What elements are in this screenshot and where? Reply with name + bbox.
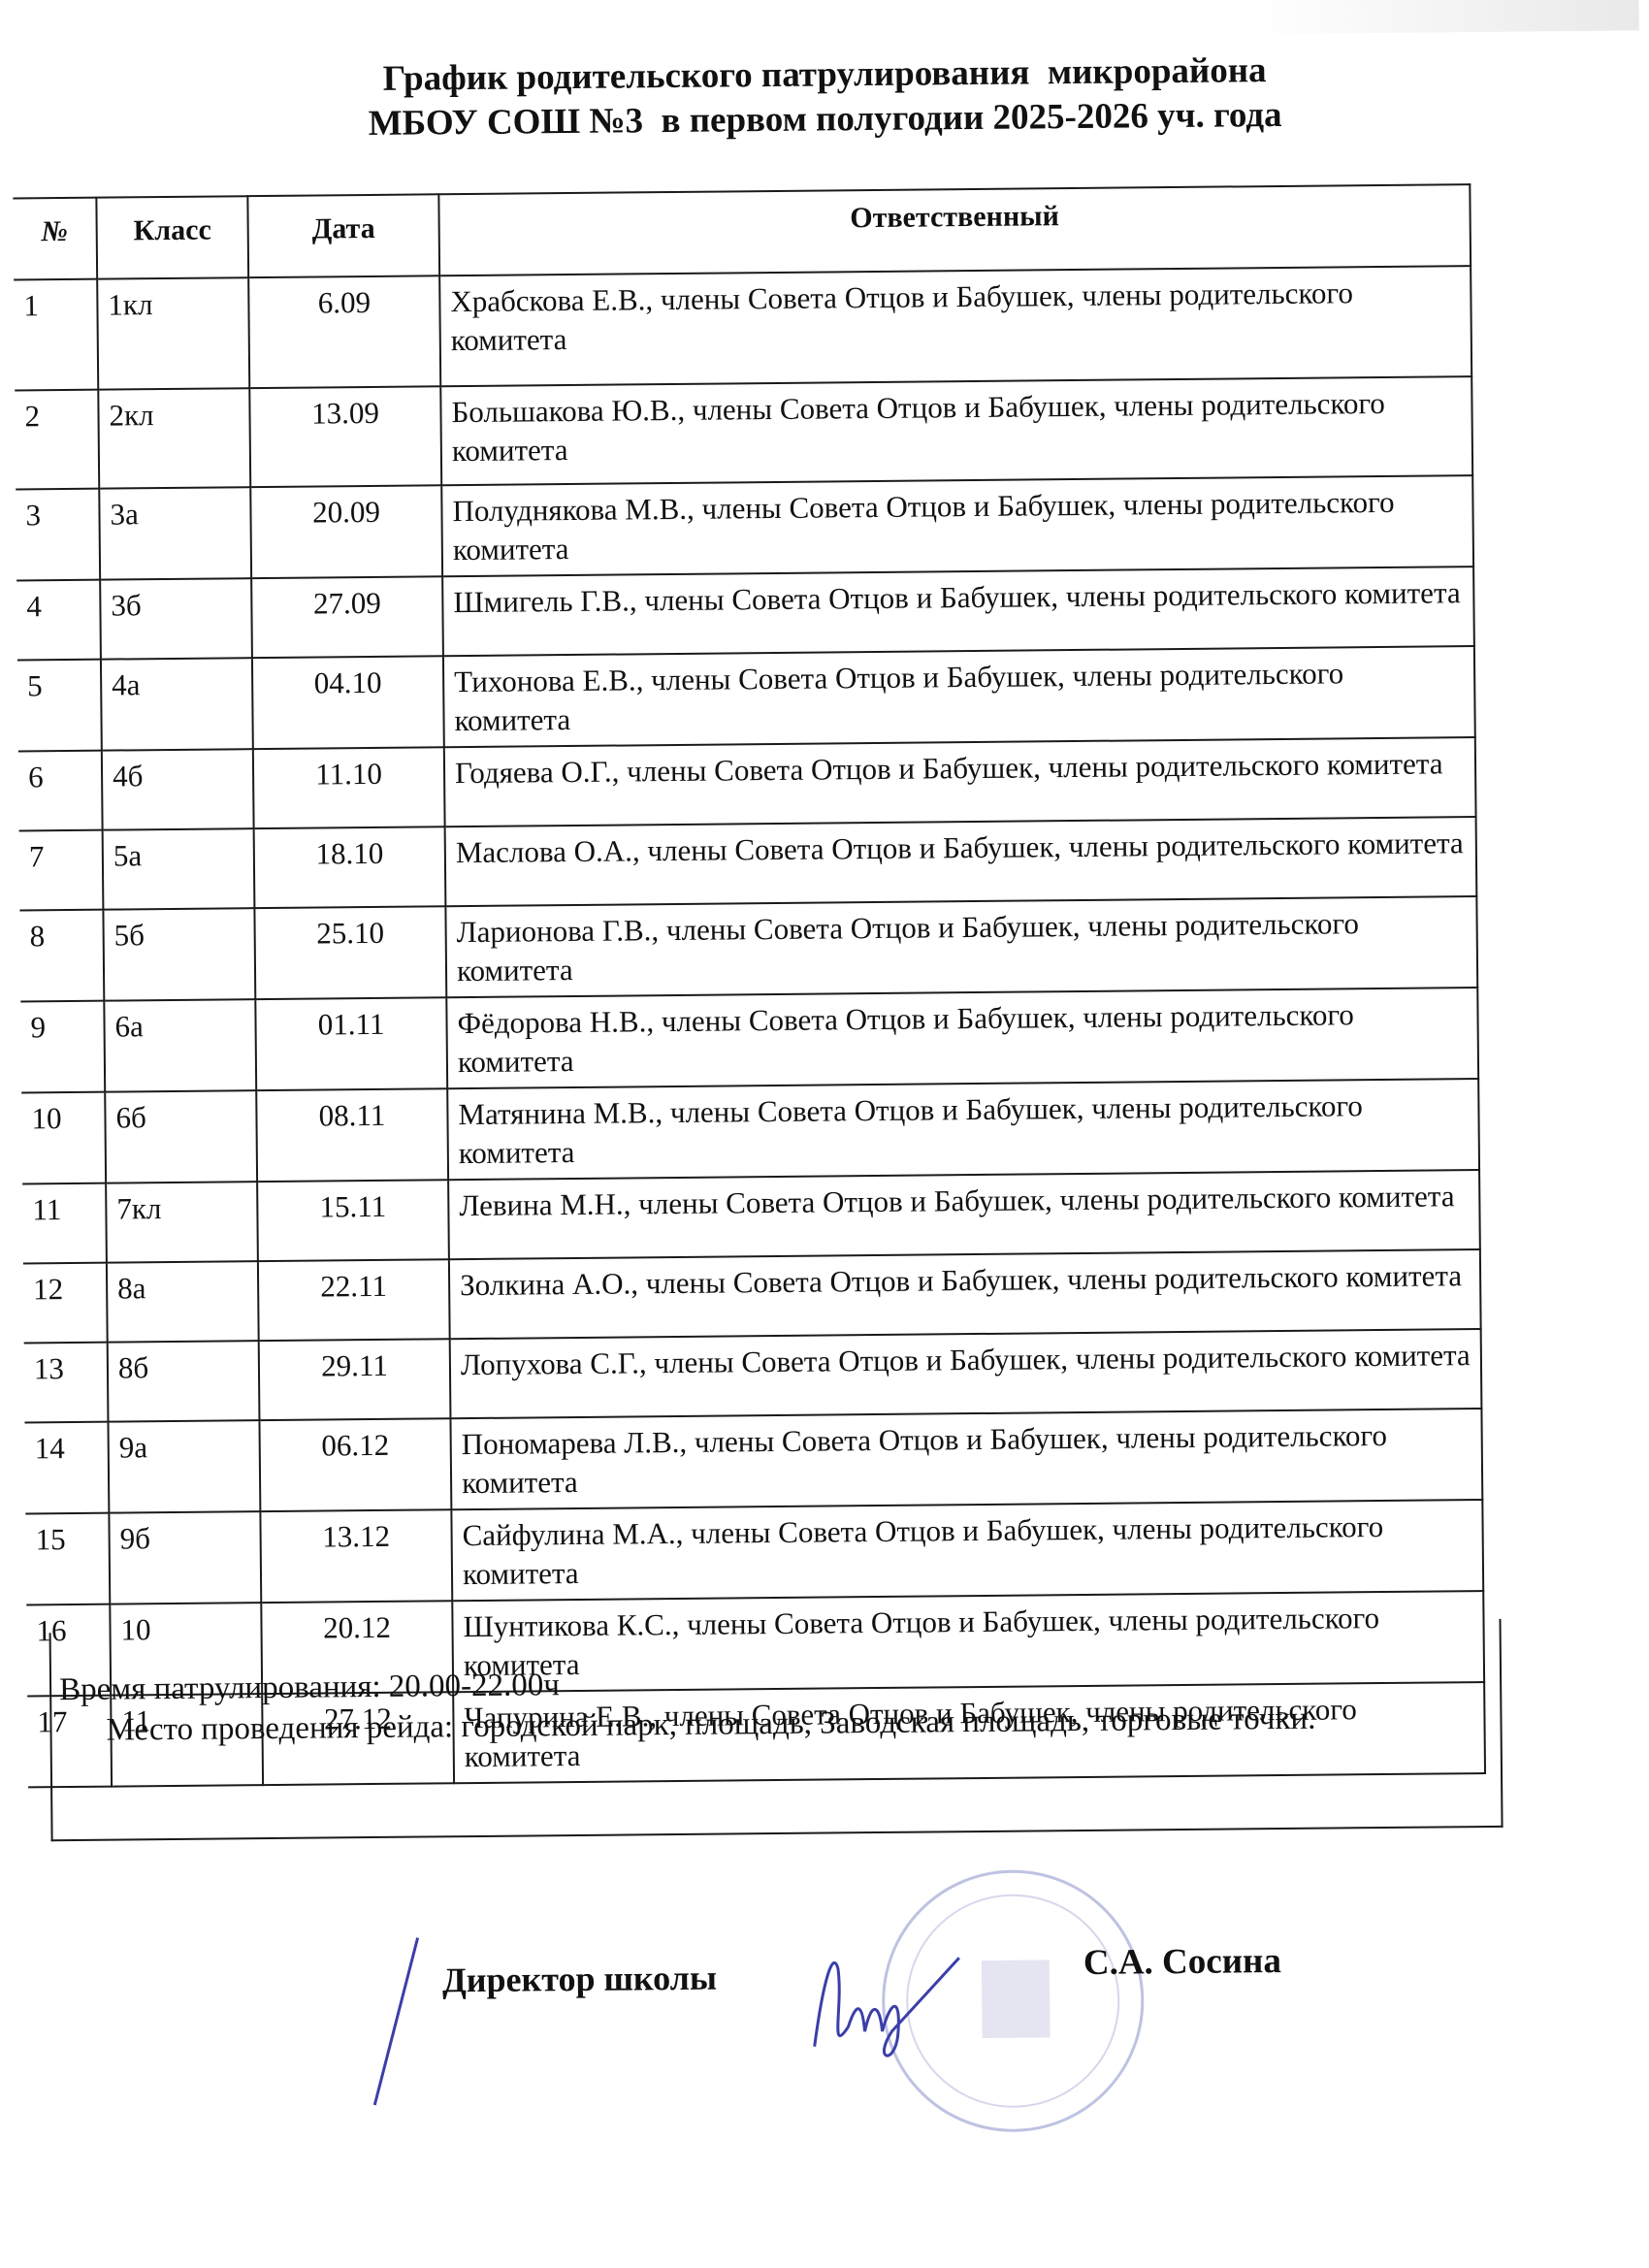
row-number: 6 [18, 751, 103, 831]
row-date: 06.12 [259, 1418, 451, 1511]
table-row: 128а22.11Золкина А.О., члены Совета Отцо… [23, 1249, 1481, 1343]
table-row: 138б29.11Лопухова С.Г., члены Совета Отц… [24, 1329, 1482, 1422]
row-responsible: Маслова О.А., члены Совета Отцов и Бабуш… [445, 817, 1477, 906]
table-row: 96а01.11Фёдорова Н.В., члены Совета Отцо… [20, 988, 1478, 1092]
row-date: 01.11 [255, 997, 447, 1090]
row-class: 5а [103, 828, 255, 909]
table-header-row: № Класс Дата Ответственный [13, 184, 1471, 279]
row-number: 14 [24, 1422, 109, 1514]
row-class: 8а [107, 1261, 259, 1342]
row-number: 13 [24, 1343, 109, 1423]
header-date: Дата [247, 194, 439, 277]
row-date: 13.12 [260, 1509, 452, 1603]
row-number: 15 [25, 1513, 110, 1605]
header-number: № [13, 198, 97, 280]
patrol-schedule-table: № Класс Дата Ответственный 11кл6.09Храбс… [13, 183, 1486, 1788]
row-date: 27.09 [251, 576, 443, 658]
title-line-2: МБОУ СОШ №3 в первом полугодии 2025-2026… [281, 92, 1368, 147]
row-responsible: Матянина М.В., члены Совета Отцов и Бабу… [447, 1079, 1479, 1180]
row-date: 04.10 [252, 656, 444, 749]
row-number: 5 [17, 660, 102, 752]
table-row: 117кл15.11Левина М.Н., члены Совета Отцо… [22, 1170, 1480, 1263]
row-responsible: Шмигель Г.В., члены Совета Отцов и Бабуш… [442, 567, 1474, 656]
row-number: 2 [15, 390, 99, 490]
table-body: 11кл6.09Храбскова Е.В., члены Совета Отц… [14, 266, 1485, 1787]
row-responsible: Пономарева Л.В., члены Совета Отцов и Ба… [450, 1409, 1482, 1509]
row-responsible: Сайфулина М.А., члены Совета Отцов и Баб… [451, 1500, 1483, 1601]
row-class: 7кл [106, 1182, 258, 1262]
row-date: 6.09 [248, 275, 440, 388]
document-title: График родительского патрулирования микр… [281, 48, 1369, 147]
row-date: 18.10 [254, 826, 446, 908]
row-date: 22.11 [258, 1259, 450, 1341]
row-responsible: Левина М.Н., члены Совета Отцов и Бабуше… [448, 1170, 1480, 1259]
row-date: 13.09 [249, 386, 441, 487]
row-date: 25.10 [254, 906, 446, 999]
row-number: 4 [16, 580, 101, 661]
row-responsible: Ларионова Г.В., члены Совета Отцов и Баб… [445, 896, 1477, 997]
document-page: График родительского патрулирования микр… [0, 0, 1649, 2268]
row-responsible: Полуднякова М.В., члены Совета Отцов и Б… [441, 475, 1473, 576]
row-date: 15.11 [257, 1180, 449, 1261]
row-class: 2кл [98, 388, 250, 488]
director-role: Директор школы [442, 1958, 717, 2001]
row-number: 1 [14, 279, 98, 391]
table-row: 159б13.12Сайфулина М.А., члены Совета От… [25, 1500, 1483, 1604]
table-row: 54а04.10Тихонова Е.В., члены Совета Отцо… [17, 646, 1475, 751]
signature-block: Директор школы С.А. Сосина [8, 1815, 1649, 2141]
row-responsible: Лопухова С.Г., члены Совета Отцов и Бабу… [450, 1329, 1482, 1418]
row-number: 12 [23, 1263, 108, 1344]
row-responsible: Большакова Ю.В., члены Совета Отцов и Ба… [440, 376, 1472, 485]
table-row: 75а18.10Маслова О.А., члены Совета Отцов… [19, 817, 1477, 910]
row-responsible: Золкина А.О., члены Совета Отцов и Бабуш… [449, 1249, 1481, 1339]
row-class: 4а [101, 658, 253, 750]
row-number: 7 [19, 830, 104, 911]
signature-icon [804, 1938, 999, 2076]
row-responsible: Фёдорова Н.В., члены Совета Отцов и Бабу… [446, 988, 1478, 1088]
row-responsible: Тихонова Е.В., члены Совета Отцов и Бабу… [443, 646, 1475, 747]
row-class: 9б [109, 1511, 261, 1604]
table-row: 149а06.12Пономарева Л.В., члены Совета О… [24, 1409, 1482, 1513]
row-class: 1кл [97, 277, 249, 389]
row-class: 8б [108, 1341, 260, 1421]
table-row: 22кл13.09Большакова Ю.В., члены Совета О… [15, 376, 1472, 489]
pen-stroke-icon [368, 1934, 428, 2110]
table-row: 33а20.09Полуднякова М.В., члены Совета О… [16, 475, 1473, 580]
row-date: 29.11 [259, 1339, 451, 1420]
director-name: С.А. Сосина [1083, 1940, 1281, 1984]
patrol-info-box: Время патрулирования: 20.00-22.00ч Место… [49, 1619, 1503, 1841]
row-number: 3 [16, 489, 100, 581]
row-responsible: Годяева О.Г., члены Совета Отцов и Бабуш… [444, 737, 1476, 826]
table-row: 64б11.10Годяева О.Г., члены Совета Отцов… [18, 737, 1476, 830]
row-responsible: Храбскова Е.В., члены Совета Отцов и Баб… [439, 266, 1471, 386]
row-number: 8 [19, 910, 104, 1002]
row-class: 3а [99, 487, 251, 579]
table-row: 11кл6.09Храбскова Е.В., члены Совета Отц… [14, 266, 1471, 390]
row-class: 3б [100, 578, 252, 659]
row-number: 11 [22, 1183, 107, 1264]
row-class: 9а [108, 1420, 260, 1512]
row-class: 6б [105, 1090, 257, 1183]
row-date: 11.10 [253, 747, 445, 828]
row-number: 10 [21, 1092, 106, 1184]
row-number: 9 [20, 1001, 105, 1093]
row-class: 6а [104, 999, 256, 1091]
row-class: 5б [103, 908, 255, 1000]
row-date: 20.09 [250, 485, 442, 578]
table-row: 106б08.11Матянина М.В., члены Совета Отц… [21, 1079, 1479, 1183]
row-class: 4б [102, 749, 254, 829]
header-class: Класс [96, 196, 248, 278]
row-date: 08.11 [256, 1088, 448, 1182]
table-row: 43б27.09Шмигель Г.В., члены Совета Отцов… [16, 567, 1474, 660]
scan-shadow [1250, 0, 1638, 34]
header-responsible: Ответственный [438, 184, 1471, 275]
table-row: 85б25.10Ларионова Г.В., члены Совета Отц… [19, 896, 1477, 1001]
